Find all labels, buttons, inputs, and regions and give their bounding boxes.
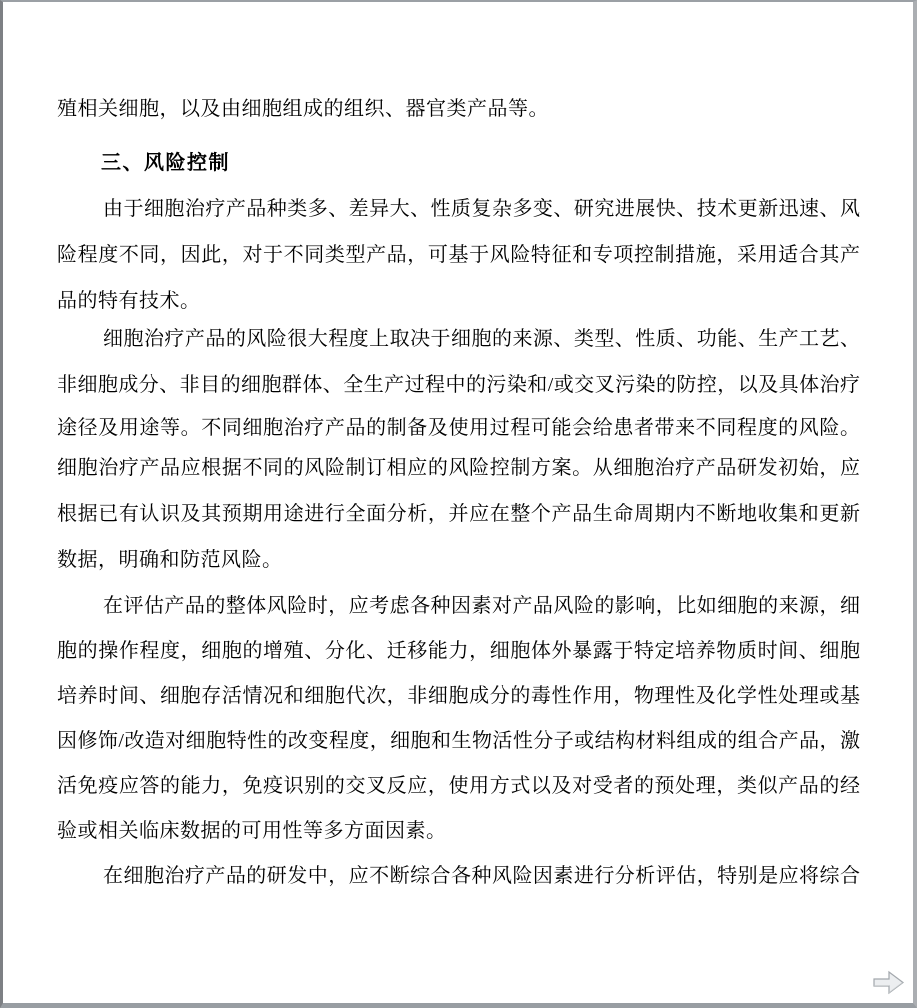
- text-line: 细胞治疗产品应根据不同的风险制订相应的风险控制方案。从细胞治疗产品研发初始，应: [57, 455, 860, 481]
- text-line: 非细胞成分、非目的细胞群体、全生产过程中的污染和/或交叉污染的防控，以及具体治疗: [57, 372, 860, 398]
- text-line: 品的特有技术。: [57, 288, 860, 314]
- text-line: 在细胞治疗产品的研发中，应不断综合各种风险因素进行分析评估，特别是应将综合: [57, 863, 860, 889]
- text-line: 因修饰/改造对细胞特性的改变程度，细胞和生物活性分子或结构材料组成的组合产品，激: [57, 728, 860, 754]
- text-line: 培养时间、细胞存活情况和细胞代次，非细胞成分的毒性作用，物理性及化学性处理或基: [57, 683, 860, 709]
- document-body: 殖相关细胞，以及由细胞组成的组织、器官类产品等。三、风险控制由于细胞治疗产品种类…: [3, 2, 913, 1003]
- text-line: 细胞治疗产品的风险很大程度上取决于细胞的来源、类型、性质、功能、生产工艺、: [57, 326, 860, 352]
- section-heading: 三、风险控制: [57, 150, 860, 176]
- text-line: 活免疫应答的能力，免疫识别的交叉反应，使用方式以及对受者的预处理，类似产品的经: [57, 773, 860, 799]
- text-line: 殖相关细胞，以及由细胞组成的组织、器官类产品等。: [57, 96, 860, 122]
- next-page-arrow-icon[interactable]: [872, 968, 906, 998]
- text-line: 验或相关临床数据的可用性等多方面因素。: [57, 818, 860, 844]
- text-line: 胞的操作程度，细胞的增殖、分化、迁移能力，细胞体外暴露于特定培养物质时间、细胞: [57, 638, 860, 664]
- text-line: 由于细胞治疗产品种类多、差异大、性质复杂多变、研究进展快、技术更新迅速、风: [57, 196, 860, 222]
- document-page: 殖相关细胞，以及由细胞组成的组织、器官类产品等。三、风险控制由于细胞治疗产品种类…: [0, 0, 917, 1008]
- text-line: 数据，明确和防范风险。: [57, 547, 860, 573]
- text-line: 根据已有认识及其预期用途进行全面分析，并应在整个产品生命周期内不断地收集和更新: [57, 501, 860, 527]
- text-line: 在评估产品的整体风险时，应考虑各种因素对产品风险的影响，比如细胞的来源，细: [57, 593, 860, 619]
- text-line: 险程度不同，因此，对于不同类型产品，可基于风险特征和专项控制措施，采用适合其产: [57, 242, 860, 268]
- text-line: 途径及用途等。不同细胞治疗产品的制备及使用过程可能会给患者带来不同程度的风险。: [57, 415, 860, 441]
